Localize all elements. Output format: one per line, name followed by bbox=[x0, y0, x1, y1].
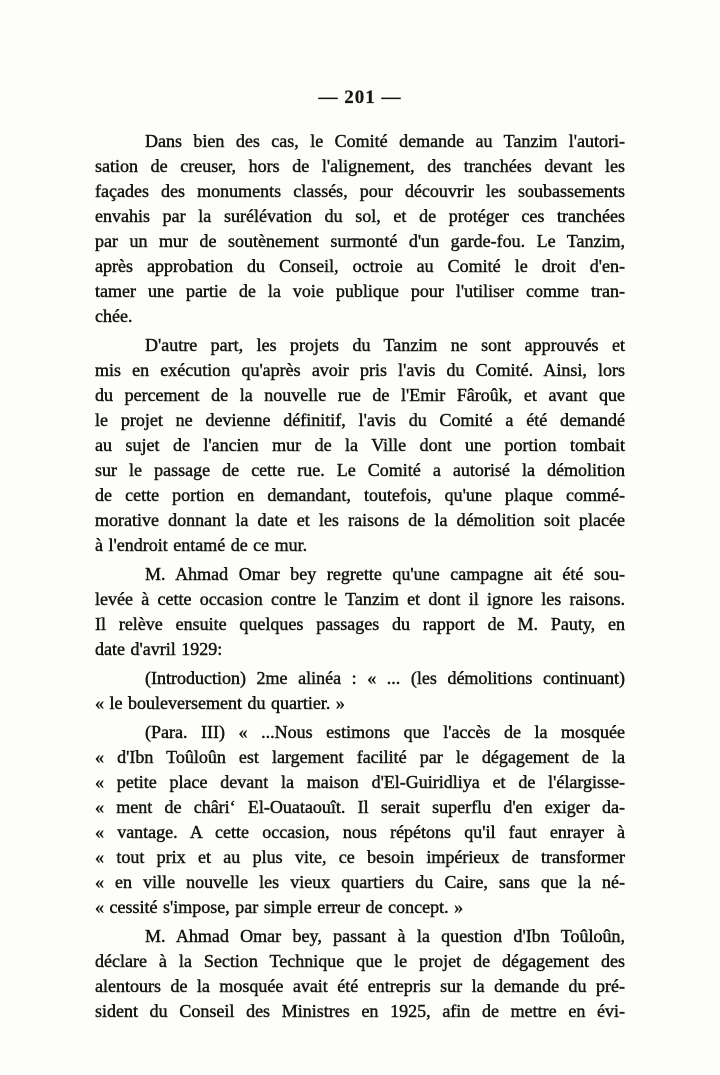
text-line: le projet ne devienne définitif, l'avis … bbox=[95, 408, 625, 433]
text-line: à l'endroit entamé de ce mur. bbox=[95, 533, 625, 558]
text-line: « en ville nouvelle les vieux quartiers … bbox=[95, 870, 625, 895]
paragraph: M. Ahmad Omar bey regrette qu'une campag… bbox=[95, 562, 625, 662]
text-line: façades des monuments classés, pour déco… bbox=[95, 179, 625, 204]
text-line: « petite place devant la maison d'El-Gui… bbox=[95, 770, 625, 795]
text-line: de cette portion en demandant, toutefois… bbox=[95, 483, 625, 508]
text-line: « vantage. A cette occasion, nous répéto… bbox=[95, 820, 625, 845]
text-line: M. Ahmad Omar bey regrette qu'une campag… bbox=[95, 562, 625, 587]
text-line: « ment de châri‘ El-Ouataouît. Il serait… bbox=[95, 795, 625, 820]
text-line: mis en exécution qu'après avoir pris l'a… bbox=[95, 358, 625, 383]
text-line: « cessité s'impose, par simple erreur de… bbox=[95, 895, 625, 920]
text-line: « le bouleversement du quartier. » bbox=[95, 691, 625, 716]
page-text: Dans bien des cas, le Comité demande au … bbox=[95, 129, 625, 1024]
paragraph: M. Ahmad Omar bey, passant à la question… bbox=[95, 924, 625, 1024]
text-line: « tout prix et au plus vite, ce besoin i… bbox=[95, 845, 625, 870]
text-line: M. Ahmad Omar bey, passant à la question… bbox=[95, 924, 625, 949]
text-line: date d'avril 1929: bbox=[95, 637, 625, 662]
text-line: Dans bien des cas, le Comité demande au … bbox=[95, 129, 625, 154]
paragraph: (Introduction) 2me alinéa : « ... (les d… bbox=[95, 666, 625, 716]
text-line: (Introduction) 2me alinéa : « ... (les d… bbox=[95, 666, 625, 691]
text-line: levée à cette occasion contre le Tanzim … bbox=[95, 587, 625, 612]
text-line: D'autre part, les projets du Tanzim ne s… bbox=[95, 333, 625, 358]
text-line: Il relève ensuite quelques passages du r… bbox=[95, 612, 625, 637]
text-line: sation de creuser, hors de l'alignement,… bbox=[95, 154, 625, 179]
text-line: alentours de la mosquée avait été entrep… bbox=[95, 974, 625, 999]
text-line: tamer une partie de la voie publique pou… bbox=[95, 279, 625, 304]
paragraph: Dans bien des cas, le Comité demande au … bbox=[95, 129, 625, 329]
text-line: envahis par la surélévation du sol, et d… bbox=[95, 204, 625, 229]
text-line: déclare à la Section Technique que le pr… bbox=[95, 949, 625, 974]
text-line: chée. bbox=[95, 304, 625, 329]
text-line: « d'Ibn Toûloûn est largement facilité p… bbox=[95, 745, 625, 770]
text-line: après approbation du Conseil, octroie au… bbox=[95, 254, 625, 279]
scanned-book-page: — 201 — Dans bien des cas, le Comité dem… bbox=[0, 0, 720, 1075]
paragraph: (Para. III) « ...Nous estimons que l'acc… bbox=[95, 720, 625, 920]
text-line: sident du Conseil des Ministres en 1925,… bbox=[95, 999, 625, 1024]
text-line: par un mur de soutènement surmonté d'un … bbox=[95, 229, 625, 254]
text-line: au sujet de l'ancien mur de la Ville don… bbox=[95, 433, 625, 458]
text-line: sur le passage de cette rue. Le Comité a… bbox=[95, 458, 625, 483]
paragraph: D'autre part, les projets du Tanzim ne s… bbox=[95, 333, 625, 558]
page-number: — 201 — bbox=[95, 88, 625, 108]
text-line: du percement de la nouvelle rue de l'Emi… bbox=[95, 383, 625, 408]
text-line: morative donnant la date et les raisons … bbox=[95, 508, 625, 533]
text-line: (Para. III) « ...Nous estimons que l'acc… bbox=[95, 720, 625, 745]
